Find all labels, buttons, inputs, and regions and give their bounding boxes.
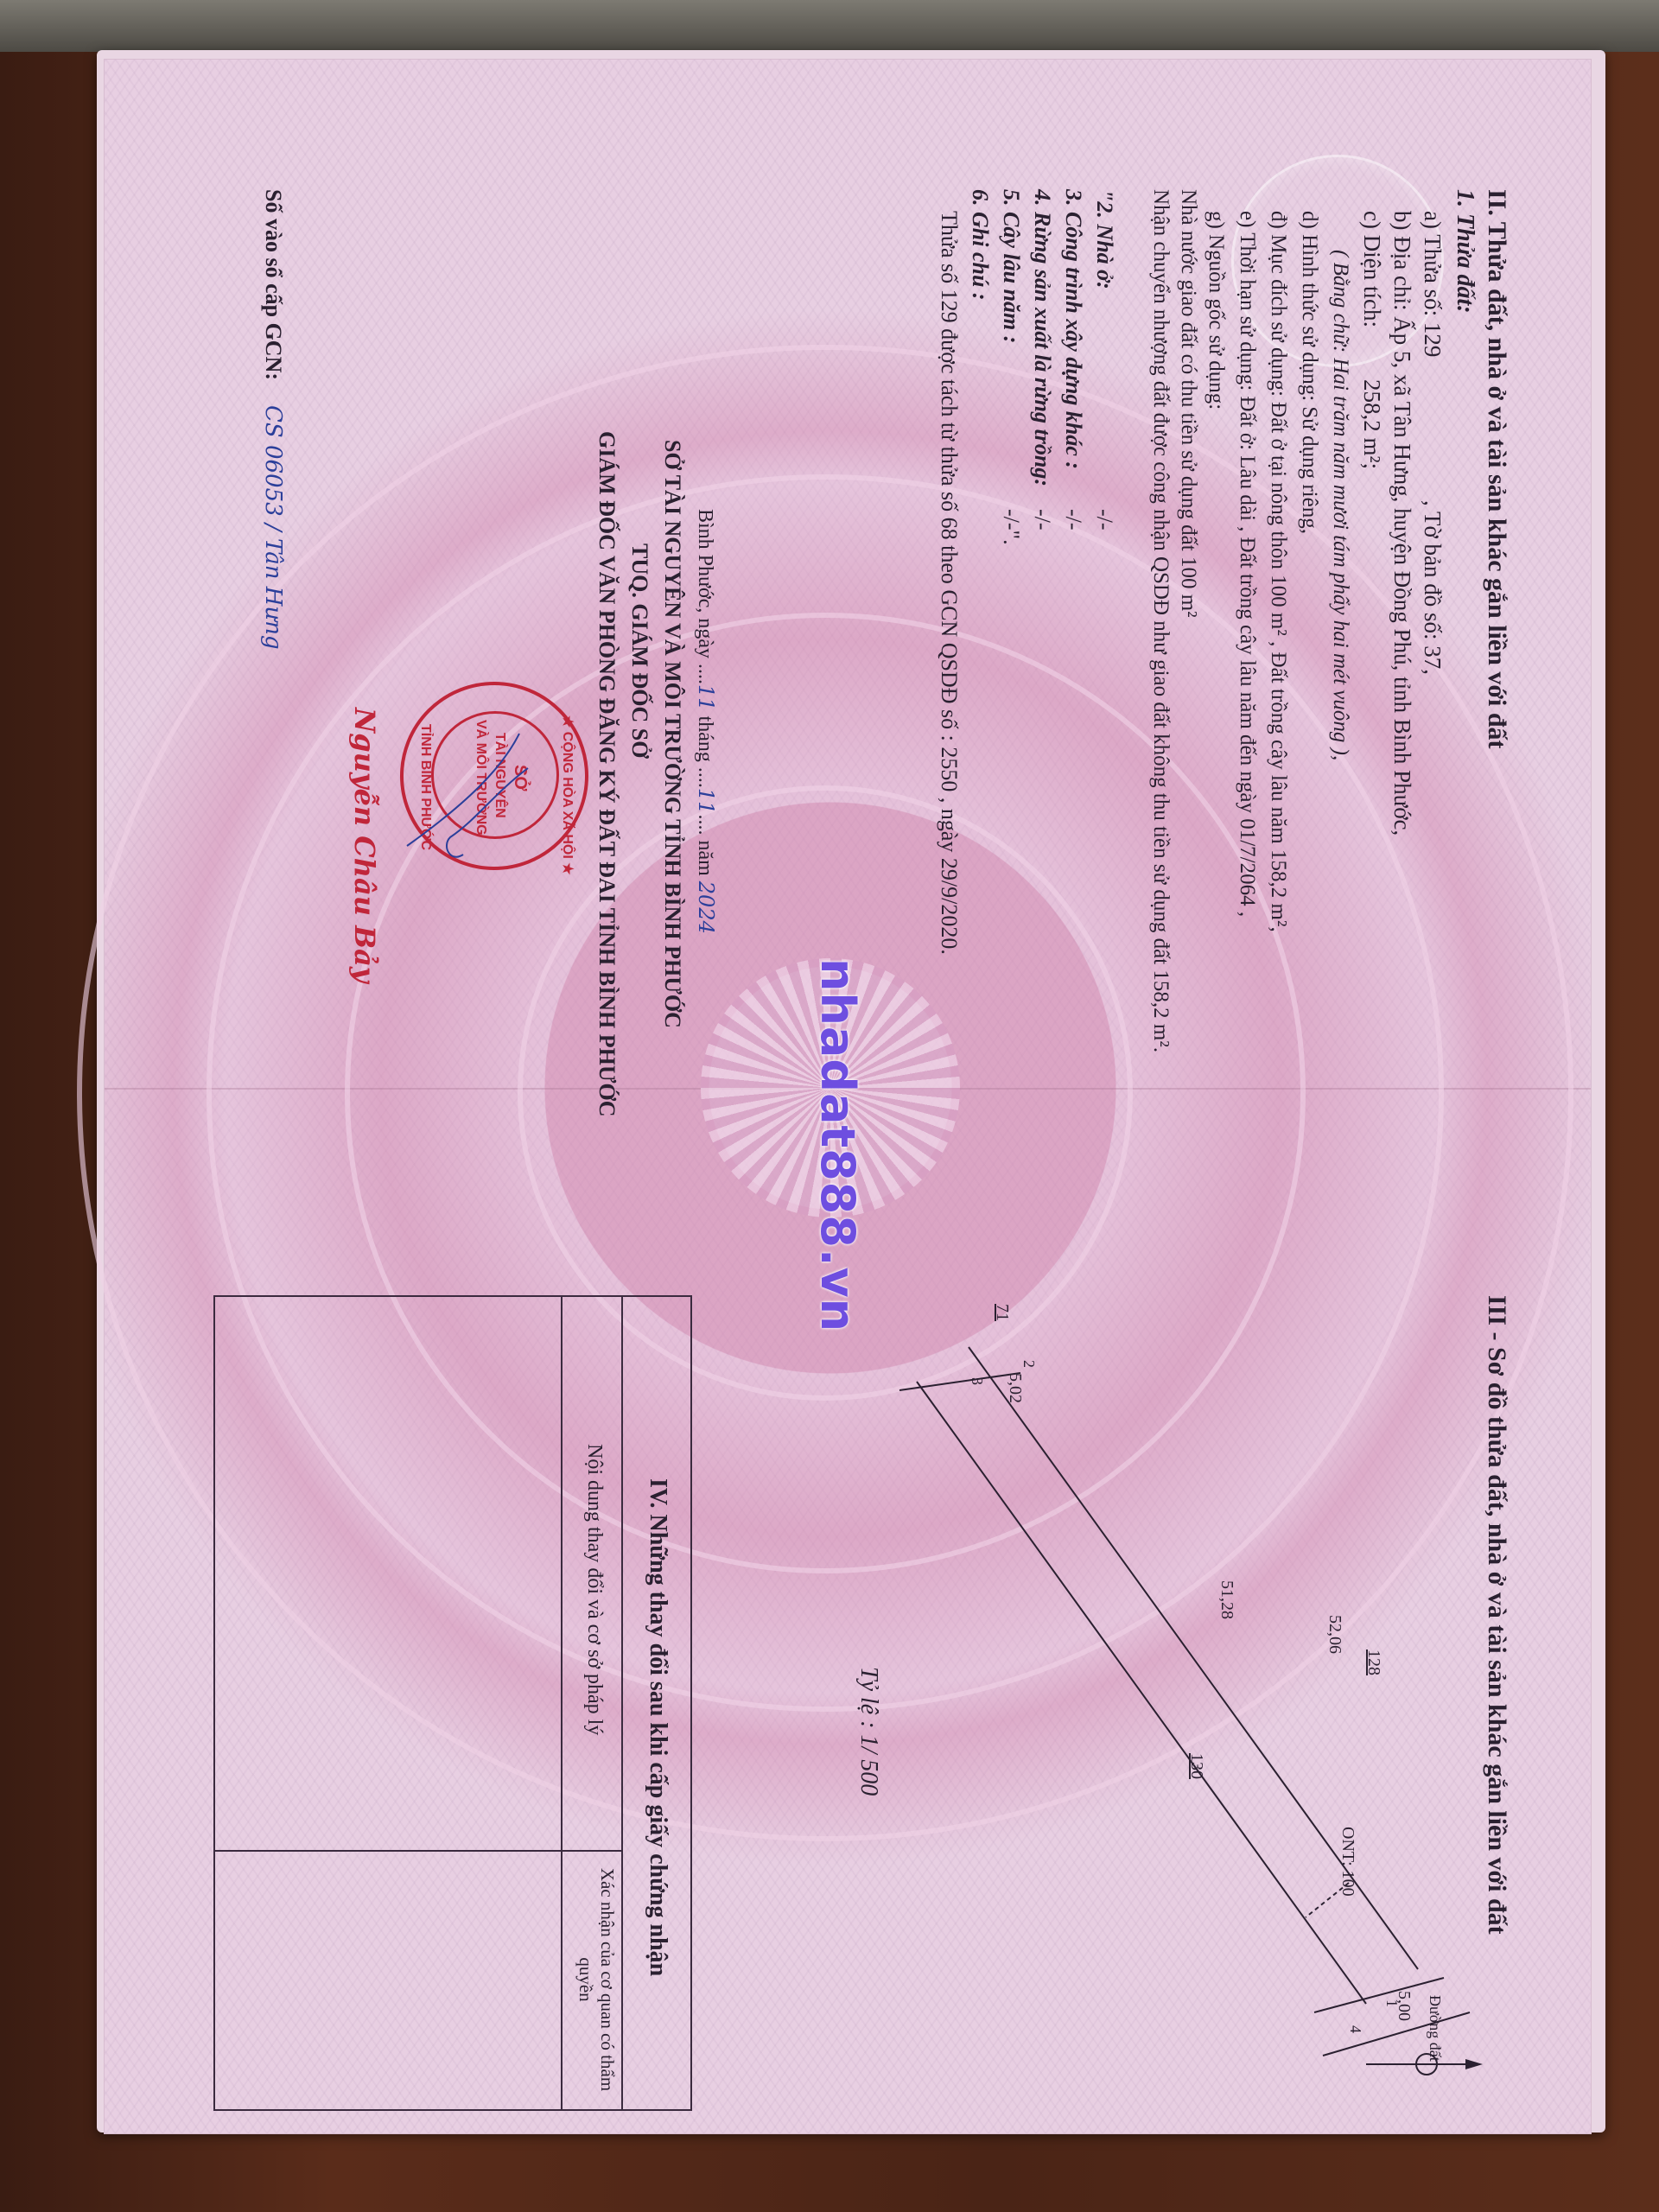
registry-value: CS 06053 / Tân Hưng <box>260 405 286 650</box>
edge-length-4: 51,28 <box>1217 1580 1236 1619</box>
vertex-4: 4 <box>1346 2025 1364 2033</box>
house-value: -/- <box>1091 509 1117 531</box>
notes-label: 6. Ghi chú : <box>967 189 993 301</box>
usage-term: e) Thời hạn sử dụng: Đất ở: Lâu dài , Đấ… <box>1235 211 1259 917</box>
watermark-text: nhadat888.vn <box>810 958 865 1332</box>
perennial-value: -/-". <box>998 509 1024 545</box>
neighbor-parcel-71: 71 <box>992 1304 1012 1321</box>
parcel-address: b) Địa chỉ: Ấp 5, xã Tân Hưng, huyện Đồn… <box>1389 211 1415 836</box>
north-arrow-icon <box>1357 2038 1487 2090</box>
neighbor-parcel-130: 130 <box>1186 1753 1206 1779</box>
changes-table: IV. Những thay đổi sau khi cấp giấy chứn… <box>213 1295 692 2111</box>
issuing-department: SỞ TÀI NGUYÊN VÀ MÔI TRƯỜNG TỈNH BÌNH PH… <box>659 440 685 1028</box>
usage-purpose: đ) Mục đích sử dụng: Đất ở tại nông thôn… <box>1266 211 1290 932</box>
col-changes-header: Nội dung thay đổi và cơ sở pháp lý <box>582 1444 606 1735</box>
neighbor-parcel-128: 128 <box>1363 1649 1383 1675</box>
house-label: "2. Nhà ở: <box>1091 189 1117 289</box>
edge-length-3: 5,02 <box>1005 1373 1025 1403</box>
issue-day: 11 <box>694 684 718 711</box>
vertex-3: 3 <box>968 1377 986 1385</box>
certificate-spread: II. Thửa đất, nhà ở và tài sản khác gắn … <box>104 59 1592 2134</box>
signer-title: GIÁM ĐỐC VĂN PHÒNG ĐĂNG KÝ ĐẤT ĐAI TỈNH … <box>594 431 620 1117</box>
perennial-label: 5. Cây lâu năm : <box>998 189 1024 343</box>
parcel-number: a) Thửa số: 129 <box>1419 211 1446 357</box>
issue-month: 11 <box>694 788 718 815</box>
section-iv-title: IV. Những thay đổi sau khi cấp giấy chứn… <box>644 1478 671 1976</box>
origin-label: g) Nguồn gốc sử dụng: <box>1204 211 1228 410</box>
notes-text: Thửa số 129 được tách từ thửa số 68 theo… <box>936 211 962 955</box>
place-date-prefix: Bình Phước, ngày .... <box>694 509 716 684</box>
month-prefix: tháng .... <box>694 711 716 788</box>
vertex-2: 2 <box>1020 1360 1038 1368</box>
registry-label: Số vào sổ cấp GCN: <box>260 189 286 380</box>
edge-length-2: 52,06 <box>1325 1615 1344 1654</box>
origin-line-2: Nhận chuyển nhượng đất được công nhận QS… <box>1148 189 1173 1052</box>
vertex-1: 1 <box>1382 1999 1401 2007</box>
year-prefix: .... năm <box>694 814 716 880</box>
changes-table-column-headers: Nội dung thay đổi và cơ sở pháp lý Xác n… <box>561 1297 623 2109</box>
issue-year: 2024 <box>694 881 718 934</box>
area-in-words: ( Bằng chữ: Hai trăm năm mươi tám phẩy h… <box>1328 250 1352 760</box>
usage-form: d) Hình thức sử dụng: Sử dụng riêng, <box>1297 211 1321 534</box>
forest-label: 4. Rừng sản xuất là rừng trồng: <box>1029 189 1055 486</box>
land-heading: 1. Thửa đất: <box>1451 189 1478 314</box>
origin-line-1: Nhà nước giao đất có thu tiền sử dụng đấ… <box>1176 189 1200 618</box>
other-construction-label: 3. Công trình xây dựng khác : <box>1060 189 1086 469</box>
signer-name: Nguyễn Châu Bảy <box>348 708 381 983</box>
area-label: c) Diện tích: <box>1358 211 1385 327</box>
map-sheet-number: , Tờ bản đồ số: 37, <box>1419 500 1446 675</box>
area-value: 258,2 m²; <box>1358 379 1385 469</box>
stamp-top-text: ★ CỘNG HÒA XÃ HỘI ★ <box>559 715 576 875</box>
signature-scribble <box>381 716 554 889</box>
on-behalf-title: TUQ. GIÁM ĐỐC SỞ <box>626 543 652 758</box>
section-ii-title: II. Thửa đất, nhà ở và tài sản khác gắn … <box>1482 189 1511 749</box>
forest-value: -/- <box>1029 509 1055 531</box>
other-construction-value: -/- <box>1060 509 1086 531</box>
table-column-divider <box>215 1850 623 1852</box>
place-date: Bình Phước, ngày ....11 tháng ....11....… <box>693 509 718 934</box>
background-table-edge <box>0 0 1659 52</box>
changes-table-header: IV. Những thay đổi sau khi cấp giấy chứn… <box>621 1297 690 2109</box>
map-scale: Tỷ lệ : 1/ 500 <box>855 1667 882 1796</box>
land-code: ONT: 100 <box>1338 1827 1357 1897</box>
col-confirmation-header: Xác nhận của cơ quan có thẩm quyền <box>575 1867 618 2092</box>
